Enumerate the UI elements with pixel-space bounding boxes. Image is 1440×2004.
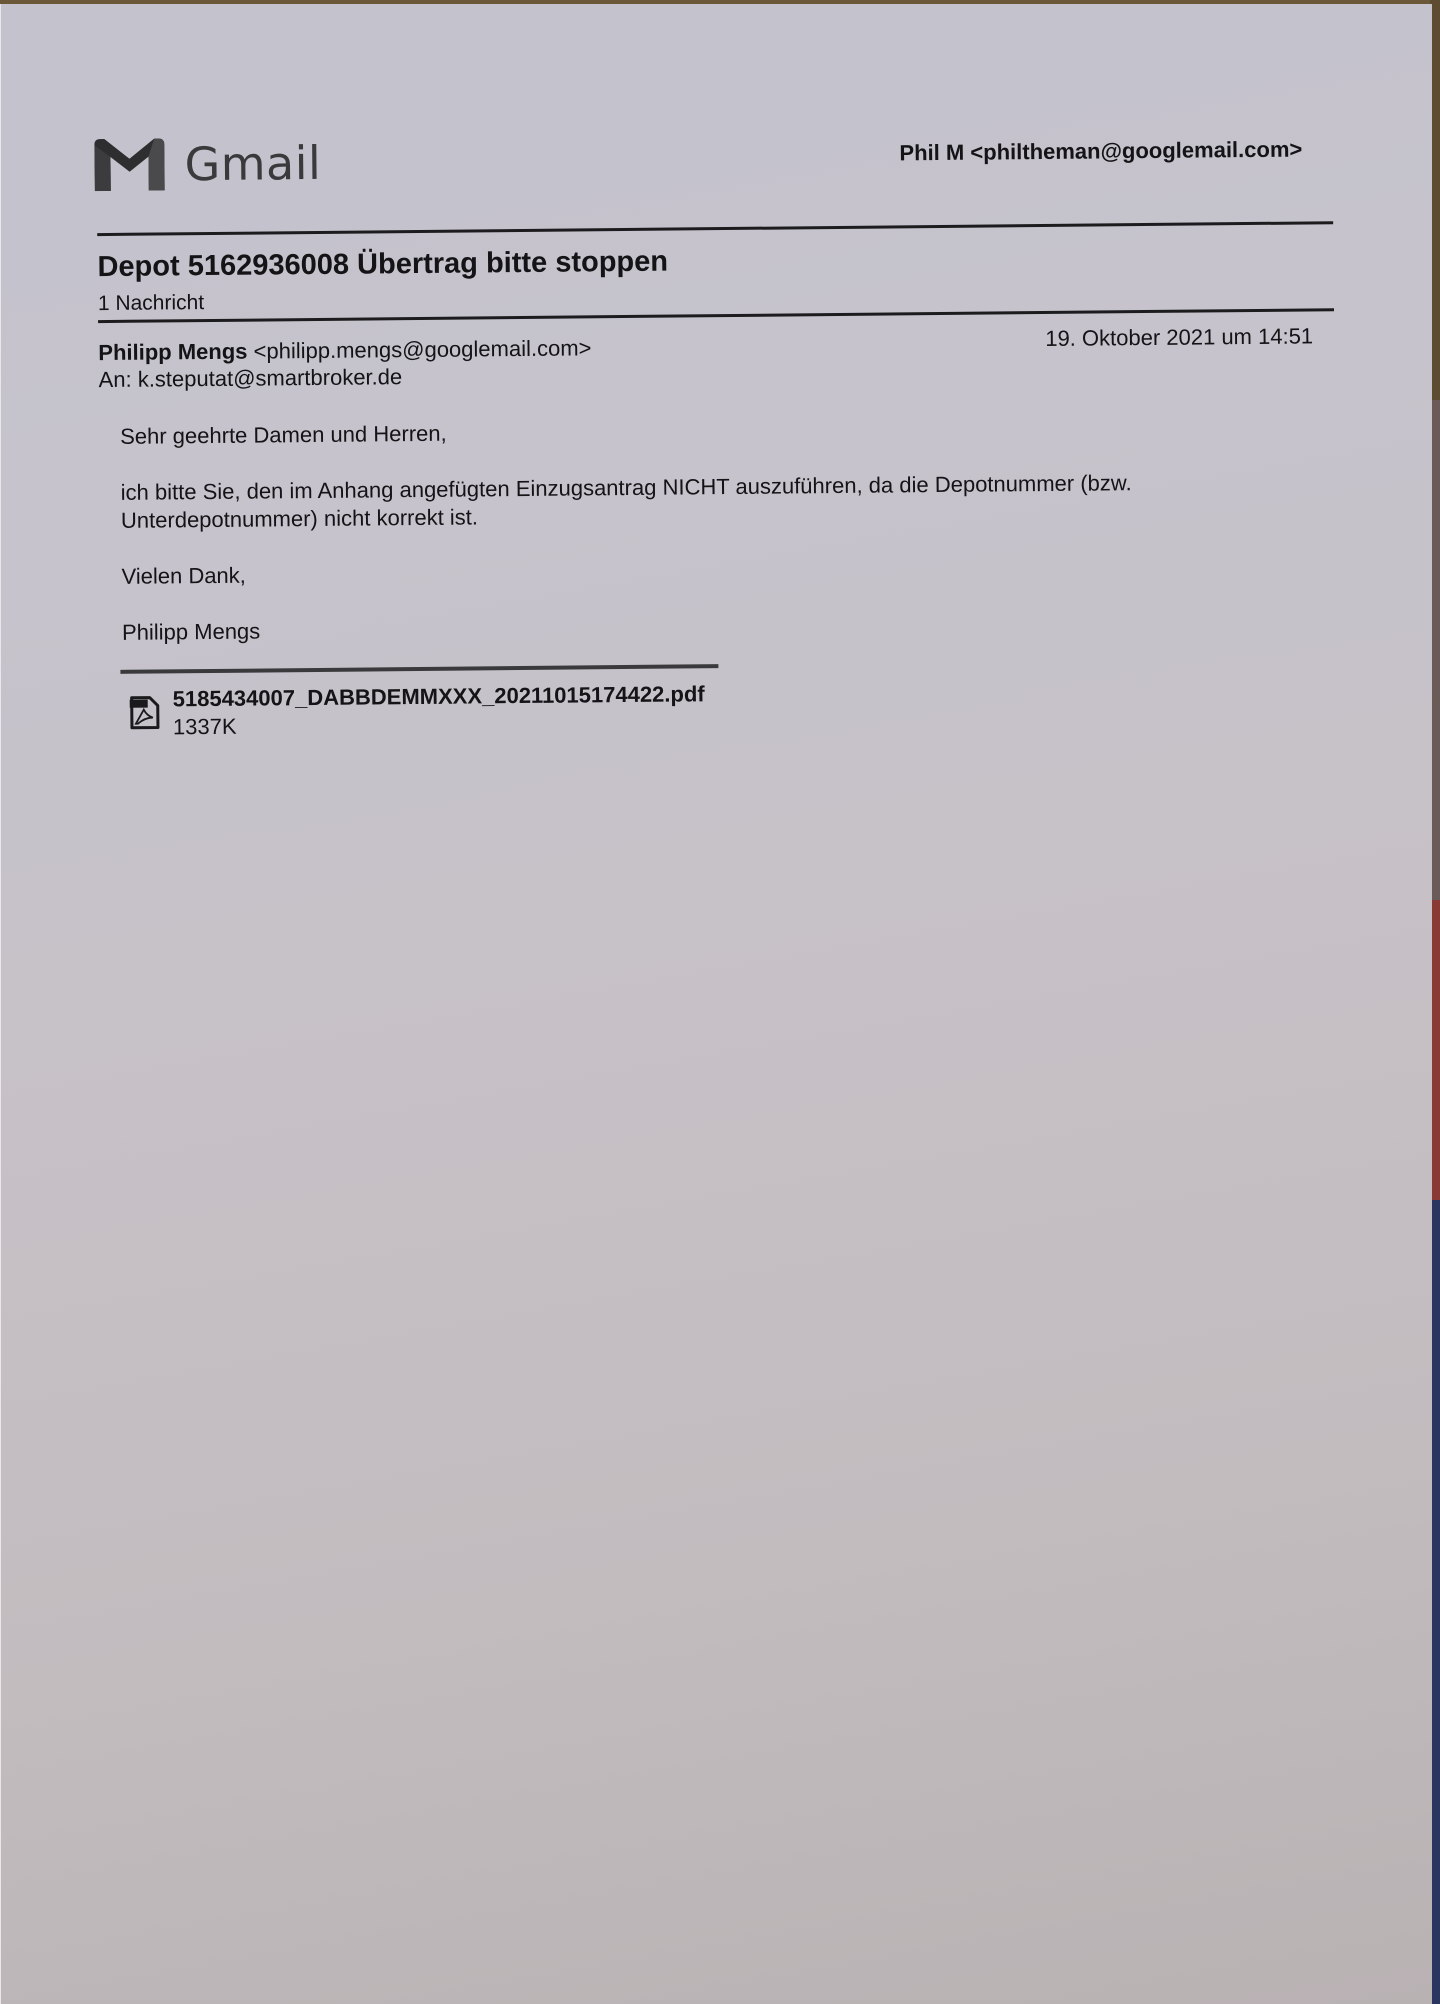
sender-email: <philipp.mengs@googlemail.com> [253,335,591,363]
message-body: Sehr geehrte Damen und Herren, ich bitte… [120,412,1232,675]
thread-subject: Depot 5162936008 Übertrag bitte stoppen [97,246,668,284]
sender-line: Philipp Mengs <philipp.mengs@googlemail.… [98,335,591,366]
attachment-size: 1337K [173,708,705,741]
signature: Philipp Mengs [122,608,1232,647]
pdf-file-icon [129,695,161,729]
sender-name: Philipp Mengs [98,339,247,365]
attachment-item: 5185434007_DABBDEMMXXX_20211015174422.pd… [129,680,706,742]
recipient-line: An: k.steputat@smartbroker.de [98,364,402,393]
gmail-wordmark: Gmail [184,140,321,187]
gmail-logo: Gmail [94,137,321,191]
header-divider [97,221,1333,236]
body-paragraph: ich bitte Sie, den im Anhang angefügten … [121,468,1231,535]
attachment-filename: 5185434007_DABBDEMMXXX_20211015174422.pd… [173,680,705,713]
closing: Vielen Dank, [121,552,1231,591]
subject-divider [98,308,1334,323]
attachment-details: 5185434007_DABBDEMMXXX_20211015174422.pd… [173,680,706,741]
account-identity: Phil M <philtheman@googlemail.com> [899,137,1302,167]
gmail-m-logo-icon [94,138,164,191]
message-date: 19. Oktober 2021 um 14:51 [1045,323,1313,352]
printed-email-page: Gmail Phil M <philtheman@googlemail.com>… [0,4,1432,2004]
message-count: 1 Nachricht [98,291,204,316]
greeting: Sehr geehrte Damen und Herren, [120,412,1230,451]
page-content: Gmail Phil M <philtheman@googlemail.com>… [0,0,1440,2004]
